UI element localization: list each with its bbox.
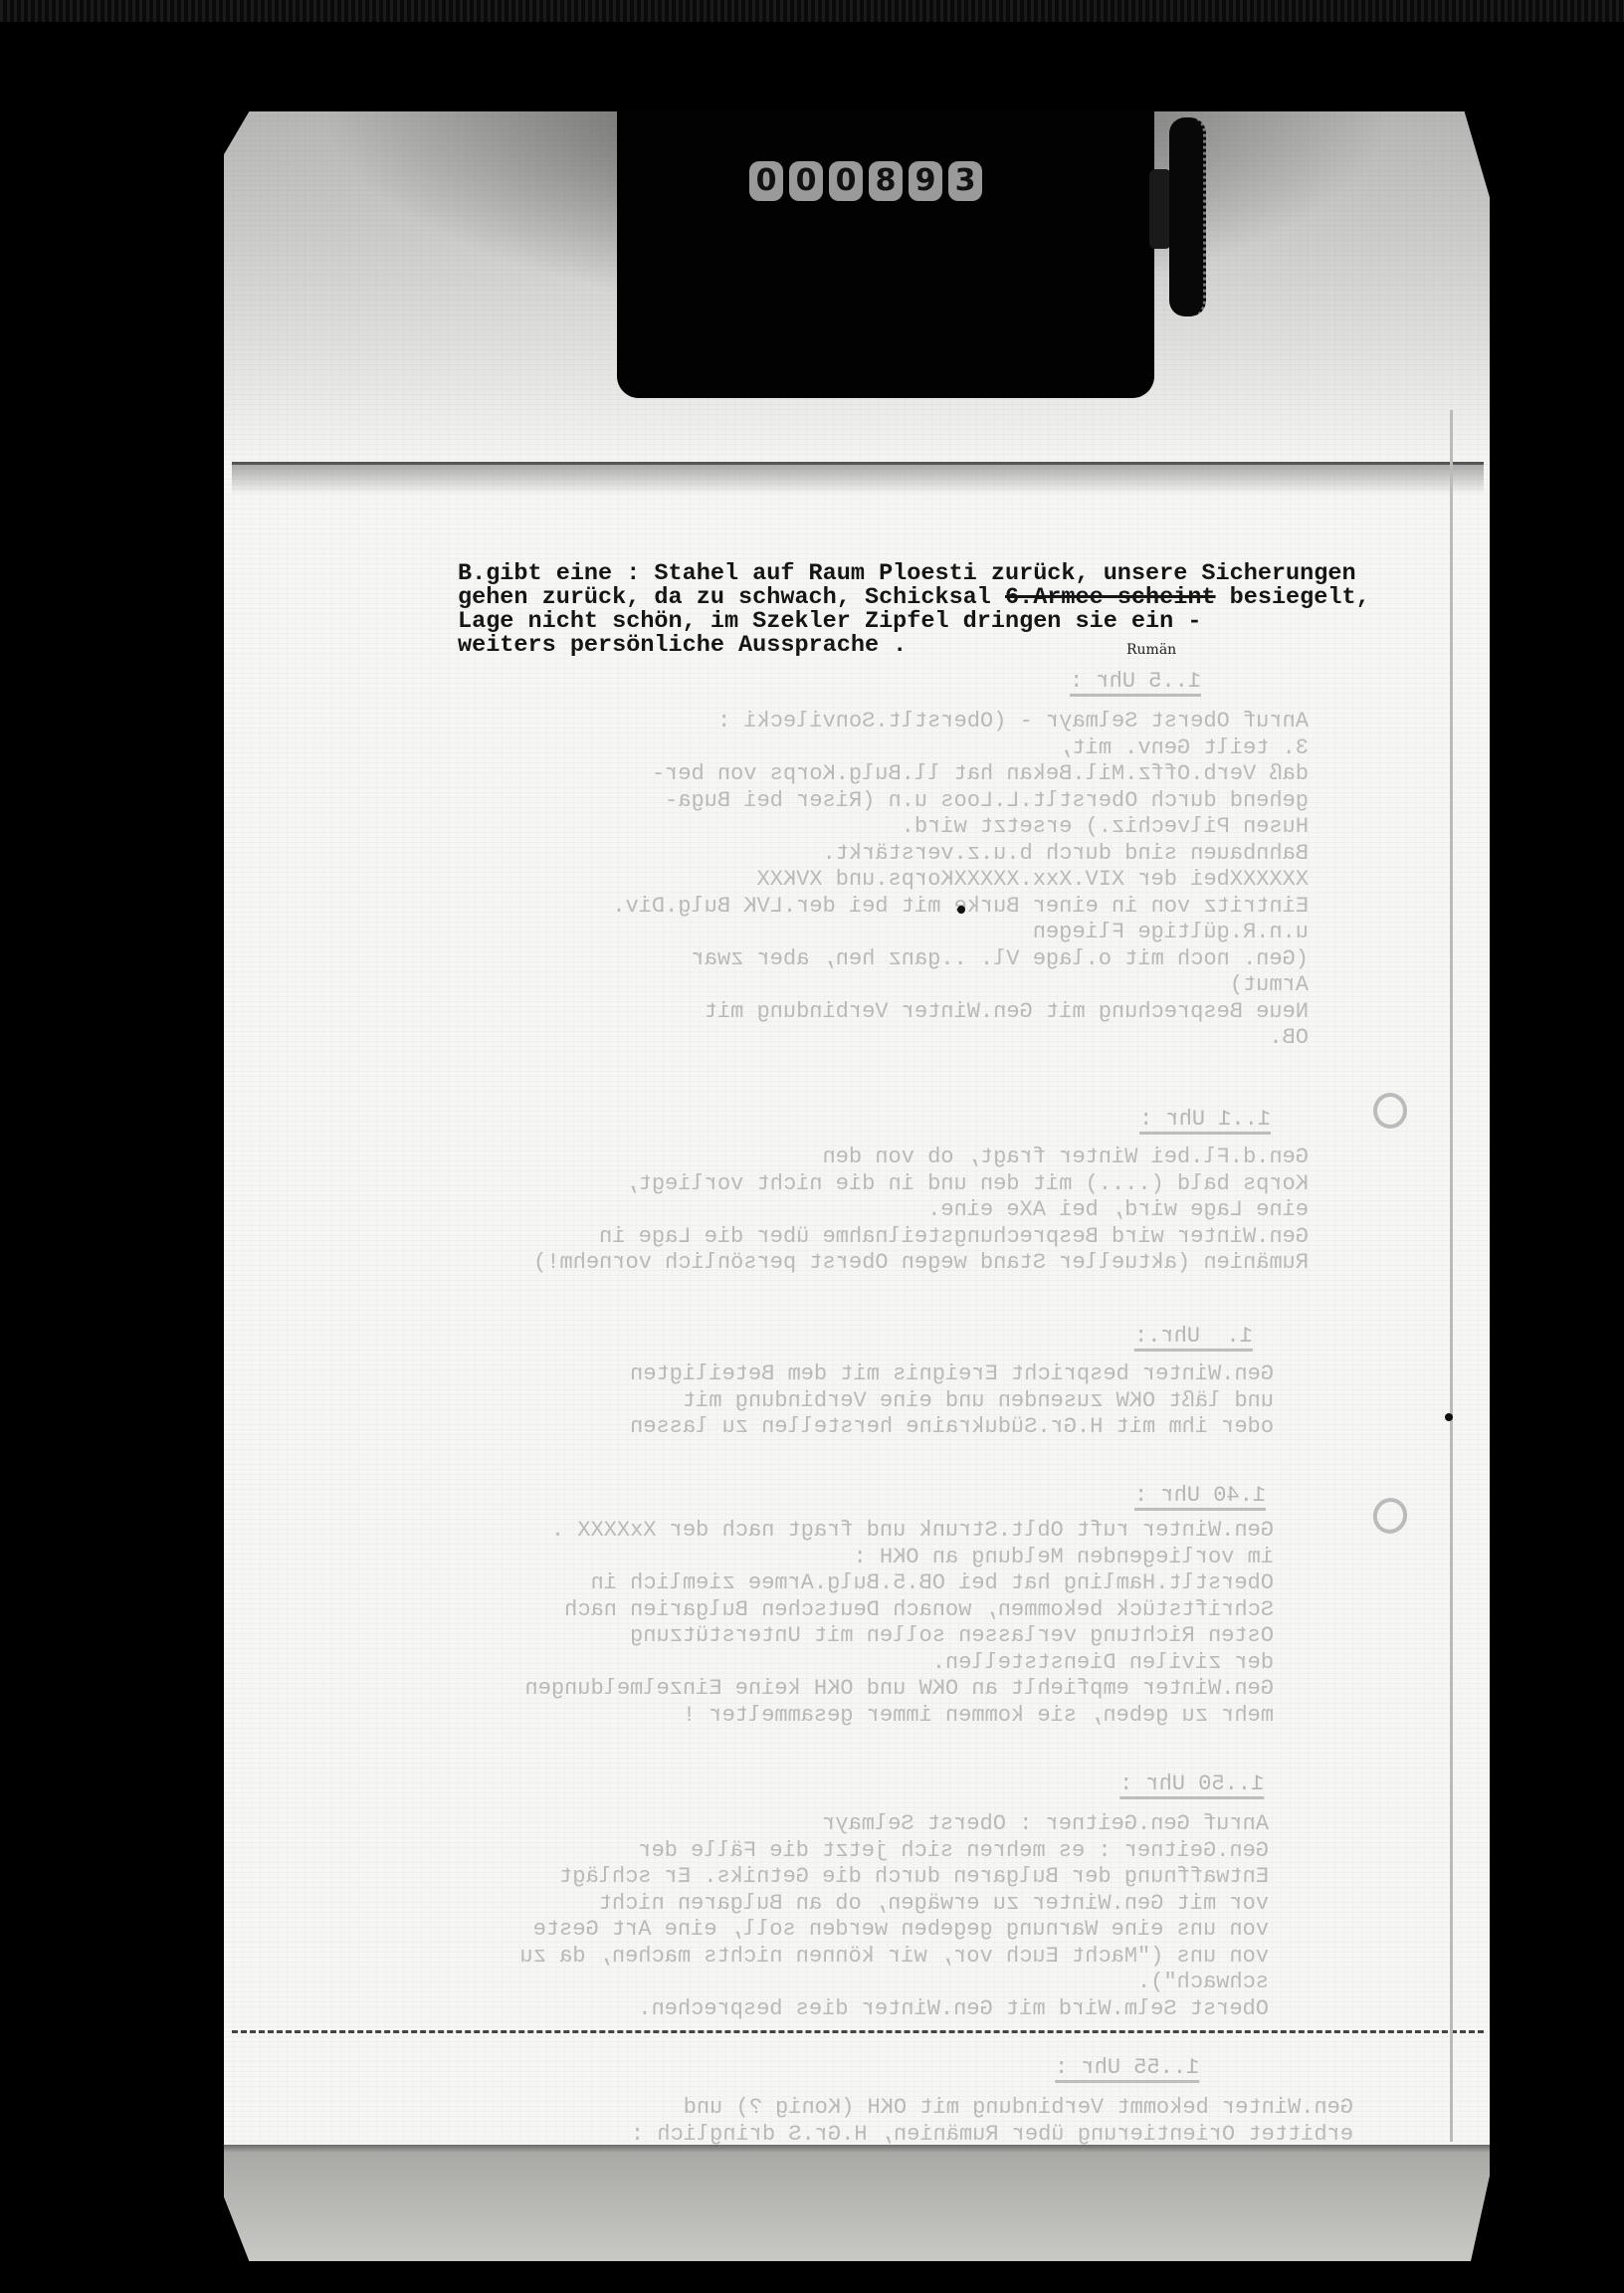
section-time-heading: 1.40 Uhr : <box>1134 1483 1266 1511</box>
section-time-heading: 1..55 Uhr : <box>1055 2055 1199 2083</box>
section-body: Gen.Winter bespricht Ereignis mit dem Be… <box>308 1361 1274 1441</box>
typed-text: gehen zurück, da zu schwach, Schicksal <box>458 584 1005 611</box>
section-body: Gen.d.Fl.bei Winter fragt, ob von den Ko… <box>353 1145 1309 1277</box>
counter-digit: 0 <box>789 161 823 201</box>
ink-spot <box>1445 1413 1453 1421</box>
section-body: Anruf Gen.Geitner : Oberst Selmayr Gen.G… <box>313 1811 1269 2022</box>
underlying-sheet <box>224 2145 1490 2261</box>
counter-digit: 9 <box>909 161 942 201</box>
counter-digit: 0 <box>829 161 863 201</box>
sheet-edge-right <box>1450 410 1453 2142</box>
ink-spot <box>957 906 965 914</box>
counter-digits: 0 0 0 8 9 3 <box>749 161 982 201</box>
frame-counter-device <box>617 109 1154 398</box>
typed-line: gehen zurück, da zu schwach, Schicksal 6… <box>458 586 1473 610</box>
section-time-heading: 1..1 Uhr : <box>1139 1107 1271 1135</box>
handwritten-annotation: Rumän <box>1126 642 1176 658</box>
sheet-edge-top <box>232 462 1484 495</box>
scan-artifact-strip <box>0 0 1624 22</box>
typed-text: besiegelt, <box>1216 584 1370 611</box>
counter-axle <box>1149 169 1171 249</box>
typed-line: B.gibt eine : Stahel auf Raum Ploesti zu… <box>458 562 1473 586</box>
section-time-heading: 1..50 Uhr : <box>1119 1772 1264 1799</box>
counter-digit: 8 <box>869 161 903 201</box>
punch-hole-mark <box>1373 1093 1407 1129</box>
counter-digit: 3 <box>948 161 982 201</box>
typed-line: weiters persönliche Aussprache . <box>458 634 1473 658</box>
section-time-heading: 1. Uhr.: <box>1134 1324 1253 1352</box>
typed-paragraph: B.gibt eine : Stahel auf Raum Ploesti zu… <box>458 562 1473 658</box>
section-body: Gen.Winter ruft Oblt.Strunk und fragt na… <box>318 1518 1274 1729</box>
counter-wheel <box>1169 117 1206 316</box>
sheet-edge-bottom <box>232 2030 1484 2039</box>
typed-line: Lage nicht schön, im Szekler Zipfel drin… <box>458 610 1473 634</box>
section-body: Anruf Oberst Selmayr - (Oberstlt.Sonvile… <box>383 709 1309 1052</box>
section-body: Gen.Winter bekommt Verbindung mit OKH (K… <box>338 2095 1353 2148</box>
struck-text: 6.Armee scheint <box>1005 584 1216 611</box>
counter-digit: 0 <box>749 161 783 201</box>
section-time-heading: 1..5 Uhr : <box>1070 669 1201 697</box>
